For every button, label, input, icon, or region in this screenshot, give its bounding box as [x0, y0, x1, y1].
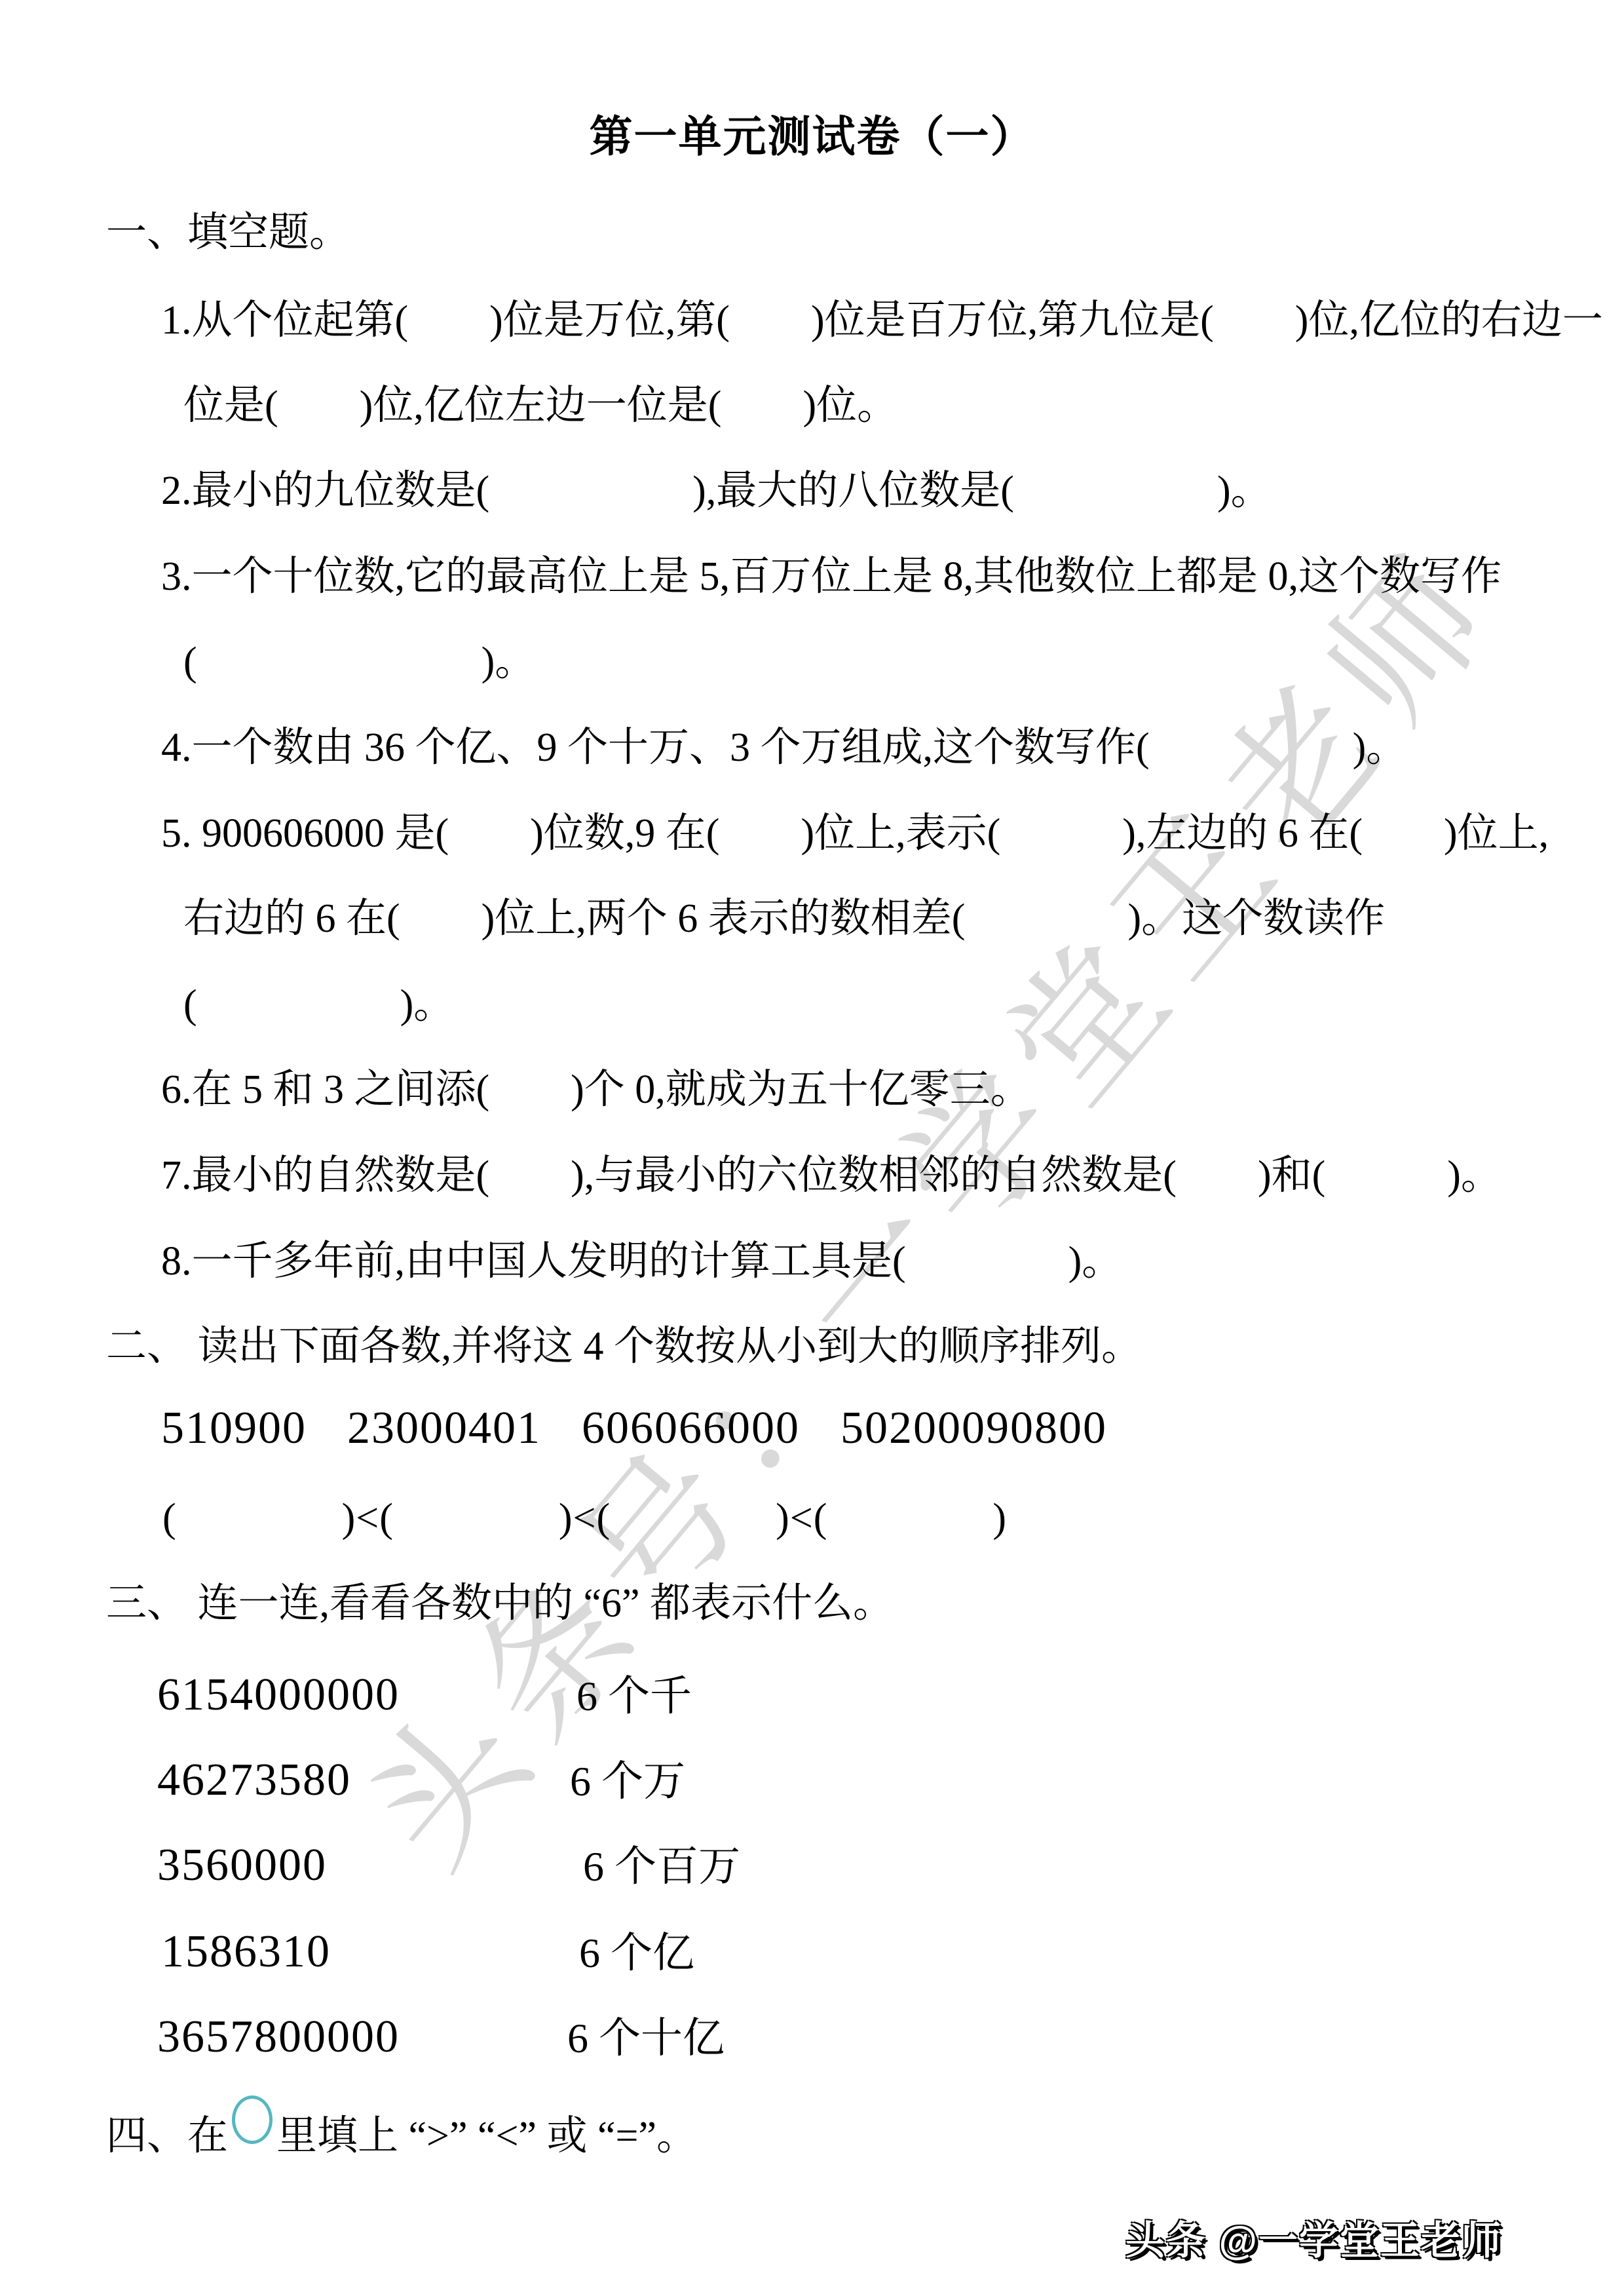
question-7: 7.最小的自然数是( ),与最小的六位数相邻的自然数是( )和( )。 — [161, 1151, 1501, 1200]
match-label: 6 个万 — [570, 1757, 685, 1807]
question-5-line-2: 右边的 6 在( )位上,两个 6 表示的数相差( )。这个数读作 — [183, 894, 1385, 943]
question-1-line-2: 位是( )位,亿位左边一位是( )位。 — [183, 381, 897, 430]
number-item: 510900 — [161, 1403, 307, 1453]
section3-heading: 三、 连一连,看看各数中的 “6” 都表示什么。 — [106, 1579, 894, 1628]
footer-credit: 头条 @一学堂王老师 — [1125, 2210, 1502, 2266]
number-item: 50200090800 — [840, 1403, 1107, 1453]
question-1-line-1: 1.从个位起第( )位是万位,第( )位是百万位,第九位是( )位,亿位的右边一 — [161, 296, 1603, 345]
page-title: 第一单元测试卷（一） — [0, 102, 1624, 164]
question-2: 2.最小的九位数是( ),最大的八位数是( )。 — [161, 467, 1272, 515]
section4-text-after: 里填上 “>” “<” 或 “=”。 — [276, 2114, 697, 2158]
match-number: 6154000000 — [157, 1668, 400, 1723]
numbers-row: 5109002300040160606600050200090800 — [161, 1401, 1107, 1456]
match-number: 3657800000 — [157, 2010, 400, 2065]
section4-text-before: 四、在 — [106, 2114, 228, 2158]
match-number: 46273580 — [157, 1753, 351, 1808]
section4-heading: 四、在里填上 “>” “<” 或 “=”。 — [106, 2095, 697, 2160]
match-label: 6 个千 — [576, 1672, 692, 1722]
match-label: 6 个百万 — [583, 1842, 740, 1892]
section2-heading: 二、 读出下面各数,并将这 4 个数按从小到大的顺序排列。 — [106, 1322, 1142, 1371]
question-5-line-1: 5. 900606000 是( )位数,9 在( )位上,表示( ),左边的 6… — [161, 809, 1549, 858]
test-paper-page: 头条号：一学堂王老师 第一单元测试卷（一） 一、填空题。 1.从个位起第( )位… — [0, 0, 1624, 2296]
question-6: 6.在 5 和 3 之间添( )个 0,就成为五十亿零三。 — [161, 1065, 1031, 1114]
match-label: 6 个十亿 — [567, 2014, 725, 2064]
section1-heading: 一、填空题。 — [106, 208, 350, 257]
question-5-line-3: ( )。 — [183, 980, 454, 1029]
number-item: 606066000 — [582, 1403, 800, 1453]
number-item: 23000401 — [347, 1403, 541, 1453]
match-label: 6 个亿 — [579, 1928, 694, 1979]
match-number: 3560000 — [157, 1838, 327, 1893]
question-3-line-2: ( )。 — [183, 638, 535, 686]
compare-row: ( )<( )<( )<( ) — [162, 1494, 1007, 1542]
question-3-line-1: 3.一个十位数,它的最高位上是 5,百万位上是 8,其他数位上都是 0,这个数写… — [161, 552, 1501, 601]
answer-circle-icon — [232, 2095, 273, 2144]
question-8: 8.一千多年前,由中国人发明的计算工具是( )。 — [161, 1237, 1122, 1286]
match-number: 1586310 — [161, 1924, 331, 1980]
question-4: 4.一个数由 36 个亿、9 个十万、3 个万组成,这个数写作( )。 — [161, 723, 1407, 772]
